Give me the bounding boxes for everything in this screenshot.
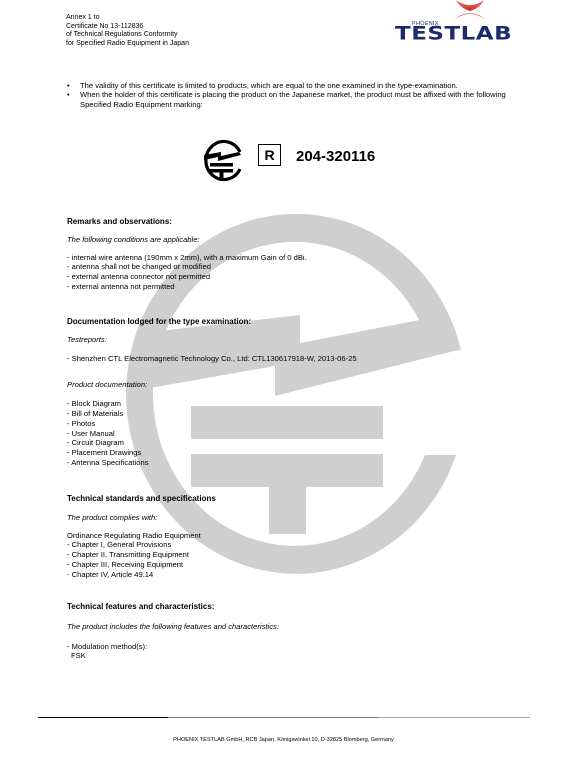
product-doc-item: - Bill of Materials: [67, 409, 357, 419]
bullet-item: When the holder of this certificate is p…: [66, 90, 536, 109]
red-dash: -: [67, 570, 70, 579]
standards-item: - Chapter IV, Article 49.14: [67, 570, 216, 580]
features-intro: The product includes the following featu…: [67, 622, 279, 632]
annex-line: of Technical Regulations Conformity: [66, 31, 189, 40]
standards-item: - Chapter III, Receiving Equipment: [67, 560, 216, 570]
remarks-item: - internal wire antenna (190mm x 2mm), w…: [67, 253, 307, 263]
giteki-mark-icon: [201, 139, 251, 183]
standards-intro: The product complies with:: [67, 513, 216, 523]
remarks-heading: Remarks and observations:: [67, 217, 307, 227]
validity-bullets: The validity of this certificate is limi…: [66, 81, 536, 109]
registration-number: 204-320116: [296, 148, 375, 165]
product-doc-item: - Photos: [67, 419, 357, 429]
remarks-item: - antenna shall not be changed or modifi…: [67, 262, 307, 272]
footer-address: PHOENIX TESTLAB GmbH, RCB Japan, Königsw…: [0, 737, 567, 743]
remarks-item: - external antenna not permitted: [67, 282, 307, 292]
standards-item: - Chapter II, Transmitting Equipment: [67, 550, 216, 560]
product-doc-item: - Placement Drawings: [67, 448, 357, 458]
standards-item: - Chapter I, General Provisions: [67, 540, 216, 550]
annex-line: for Specified Radio Equipment in Japan: [66, 40, 189, 49]
standards-section: Technical standards and specifications T…: [67, 494, 216, 580]
modulation-value: FSK: [67, 651, 279, 661]
standards-title: Ordinance Regulating Radio Equipment: [67, 531, 216, 541]
annex-line: Annex 1 to: [66, 14, 189, 23]
documentation-section: Documentation lodged for the type examin…: [67, 317, 357, 468]
bullet-item: The validity of this certificate is limi…: [66, 81, 536, 90]
footer-divider: [38, 717, 530, 718]
remarks-item: - external antenna connector not permitt…: [67, 272, 307, 282]
documentation-heading: Documentation lodged for the type examin…: [67, 317, 357, 327]
phoenix-testlab-logo: PHOENIX TESTLAB: [394, 0, 544, 50]
product-doc-item: - User Manual: [67, 429, 357, 439]
product-doc-item: - Block Diagram: [67, 399, 357, 409]
features-section: Technical features and characteristics: …: [67, 602, 279, 661]
testreport-item: - Shenzhen CTL Electromagnetic Technolog…: [67, 354, 357, 364]
product-doc-item: - Circuit Diagram: [67, 438, 357, 448]
remarks-intro: The following conditions are applicable:: [67, 235, 307, 245]
modulation-label: - Modulation method(s):: [67, 642, 279, 652]
certificate-number: Certificate No 13-112836: [66, 23, 189, 32]
flame-icon: [450, 0, 490, 22]
testreports-label: Testreports:: [67, 335, 357, 345]
annex-block: Annex 1 to Certificate No 13-112836 of T…: [66, 14, 189, 48]
remarks-section: Remarks and observations: The following …: [67, 217, 307, 292]
features-heading: Technical features and characteristics:: [67, 602, 279, 612]
standards-heading: Technical standards and specifications: [67, 494, 216, 504]
radio-mark-r-box: R: [258, 144, 281, 166]
logo-testlab-text: TESTLAB: [395, 23, 512, 44]
certificate-page: Annex 1 to Certificate No 13-112836 of T…: [0, 0, 567, 762]
product-doc-item: - Antenna Specifications: [67, 458, 357, 468]
product-doc-label: Product documentation:: [67, 380, 357, 390]
